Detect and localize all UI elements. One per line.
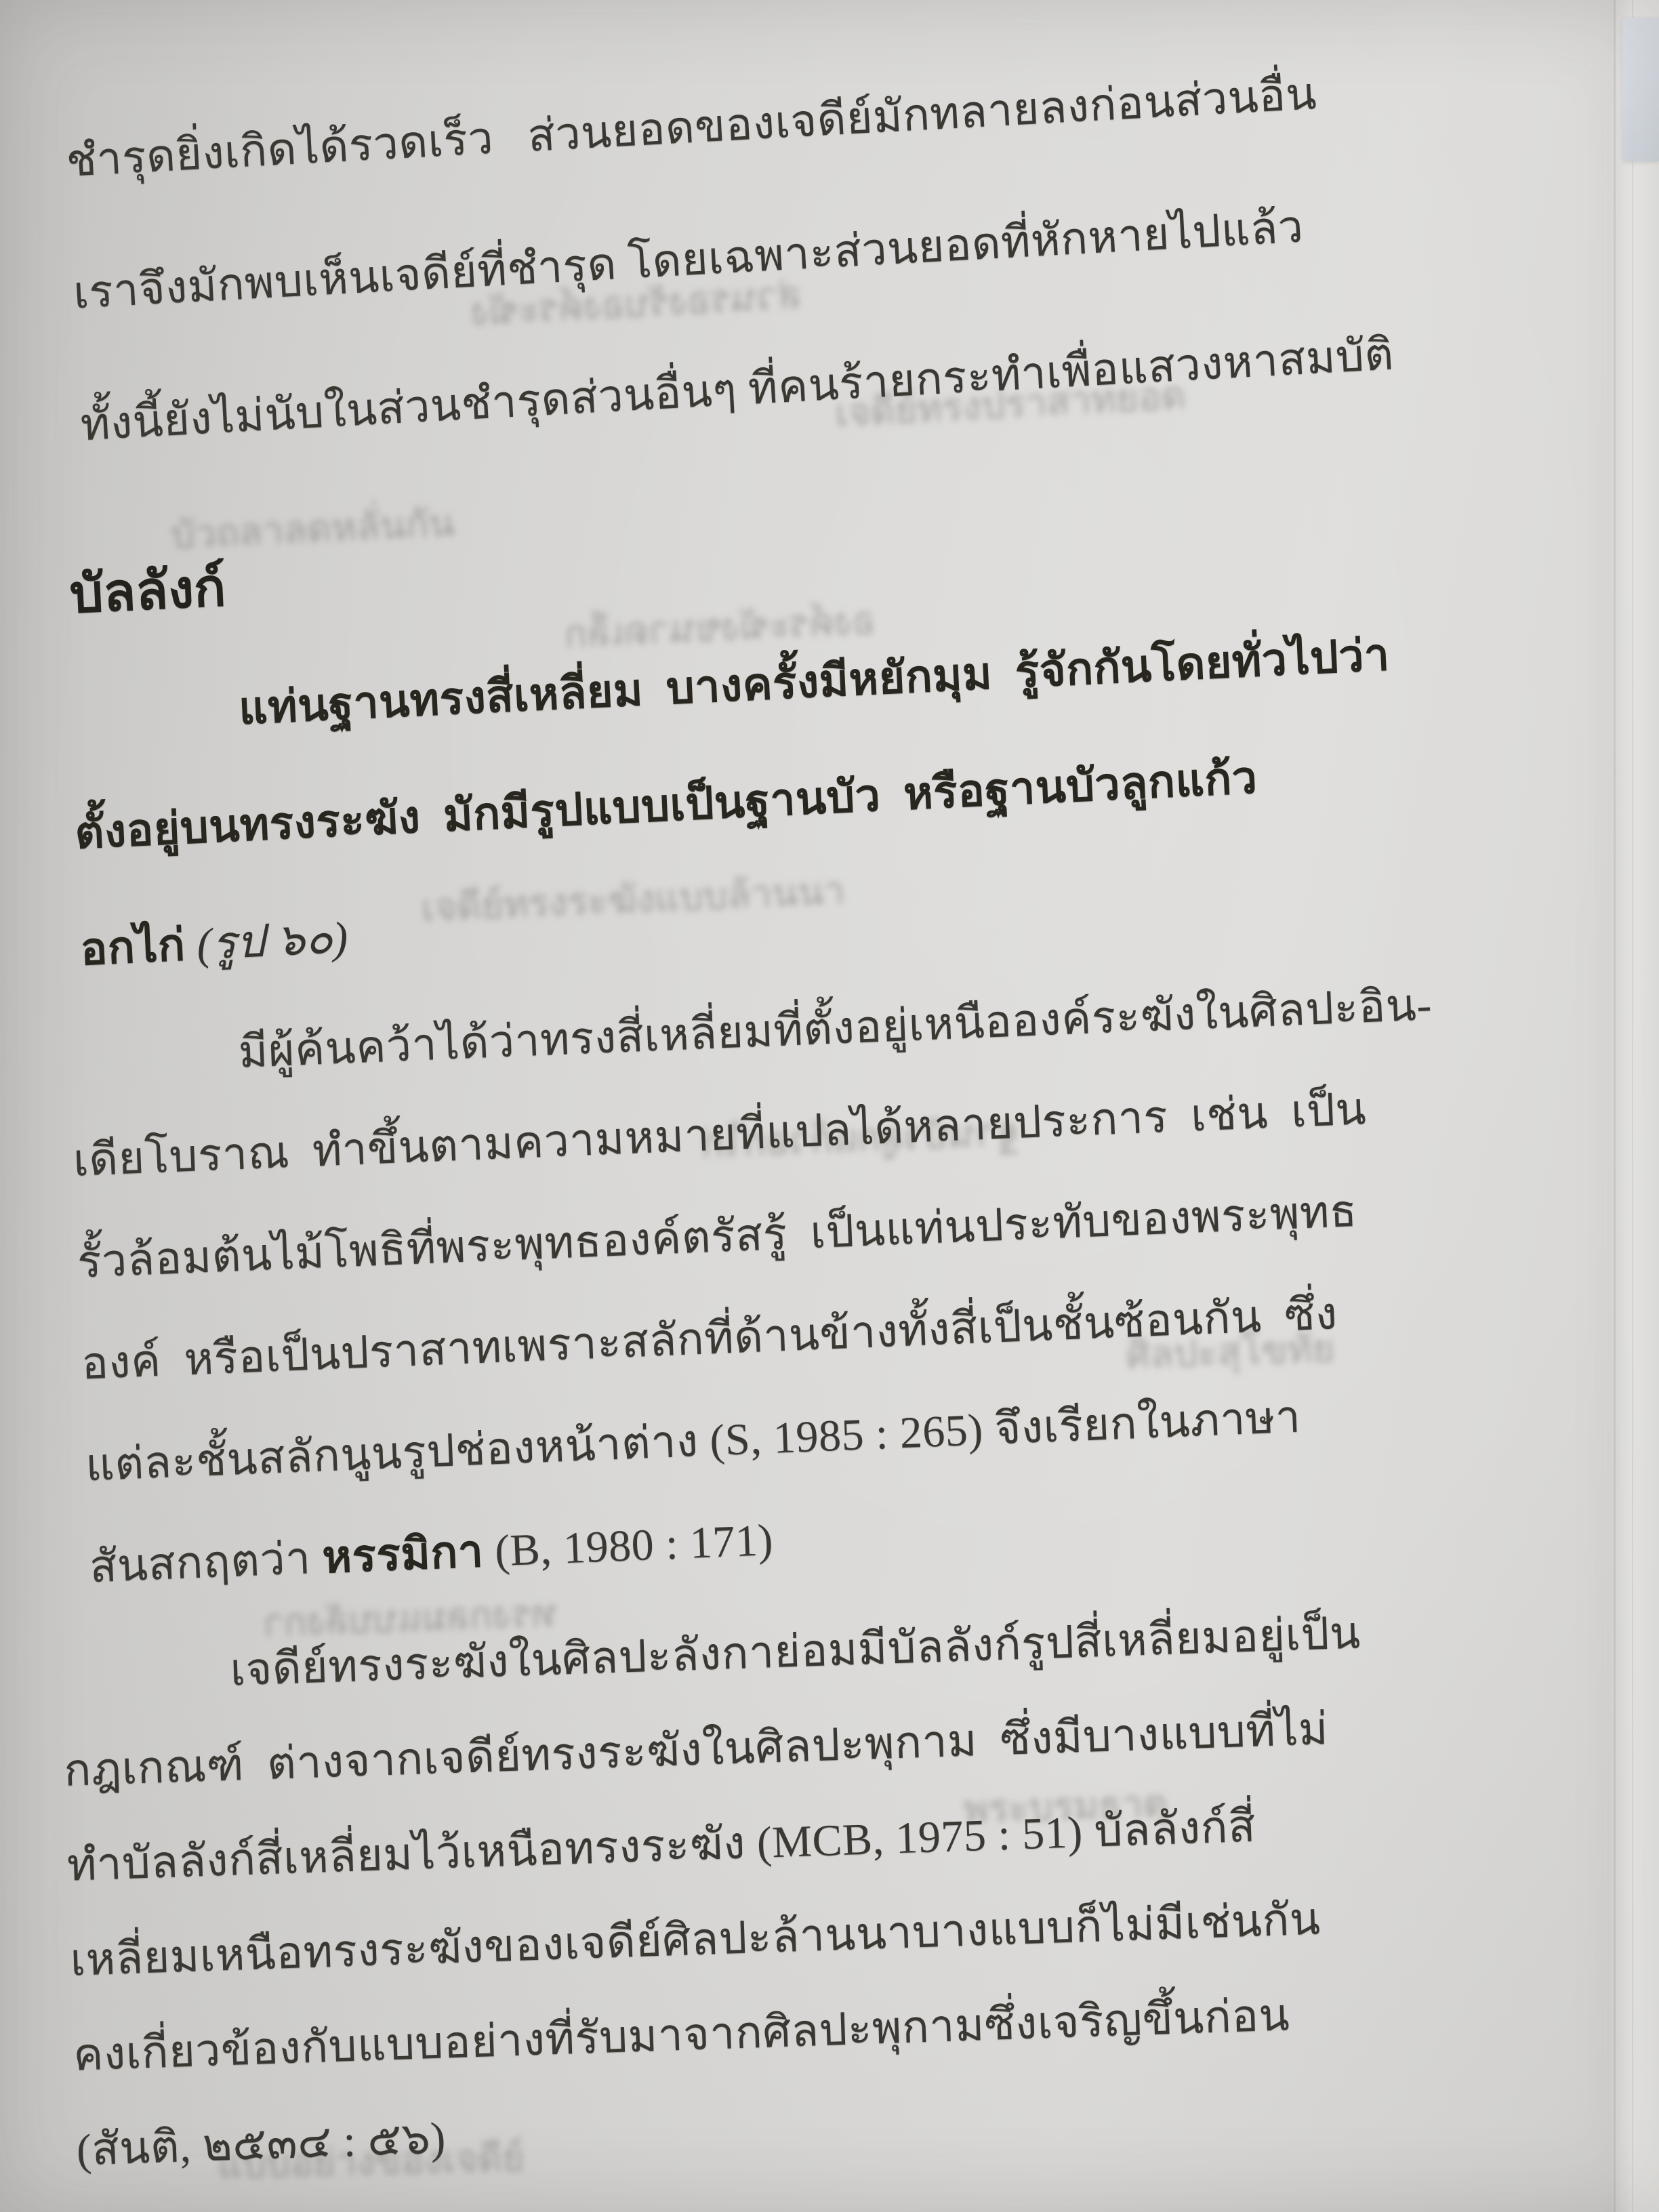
paragraph-comparison: เจดีย์ทรงระฆังในศิลปะลังกาย่อมมีบัลลังก์… — [60, 1588, 1657, 2209]
page-edge-line — [1614, 0, 1616, 2212]
paragraph-definition: แท่นฐานทรงสี่เหลี่ยม บางครั้งมีหยักมุม ร… — [68, 607, 1659, 1030]
corner-bookmark-tab — [1622, 18, 1659, 161]
citation: (B, 1980 : 171) — [483, 1515, 774, 1576]
paragraph-origin: มีผู้ค้นคว้าได้ว่าทรงสี่เหลี่ยมที่ตั้งอย… — [68, 960, 1659, 1633]
book-page-photo: ส่วนรองรับองค์ระฆัง เจดีย์ทรงปราสาทยอด บ… — [0, 0, 1659, 2212]
term-okkai: อกไก่ — [79, 920, 198, 975]
sanskrit-prefix: สันสกฤตว่า — [89, 1534, 323, 1593]
page-edge-line — [1632, 0, 1633, 2212]
figure-reference: (รูป ๖๐) — [196, 913, 350, 969]
term-harmika: หรรมิกา — [321, 1527, 485, 1582]
paragraph-damage-continuation: ชำรุดยิ่งเกิดได้รวดเร็ว ส่วนยอดของเจดีย์… — [64, 40, 1659, 521]
page-edge — [1610, 0, 1659, 2212]
section-heading: บัลลังก์ — [68, 558, 227, 624]
